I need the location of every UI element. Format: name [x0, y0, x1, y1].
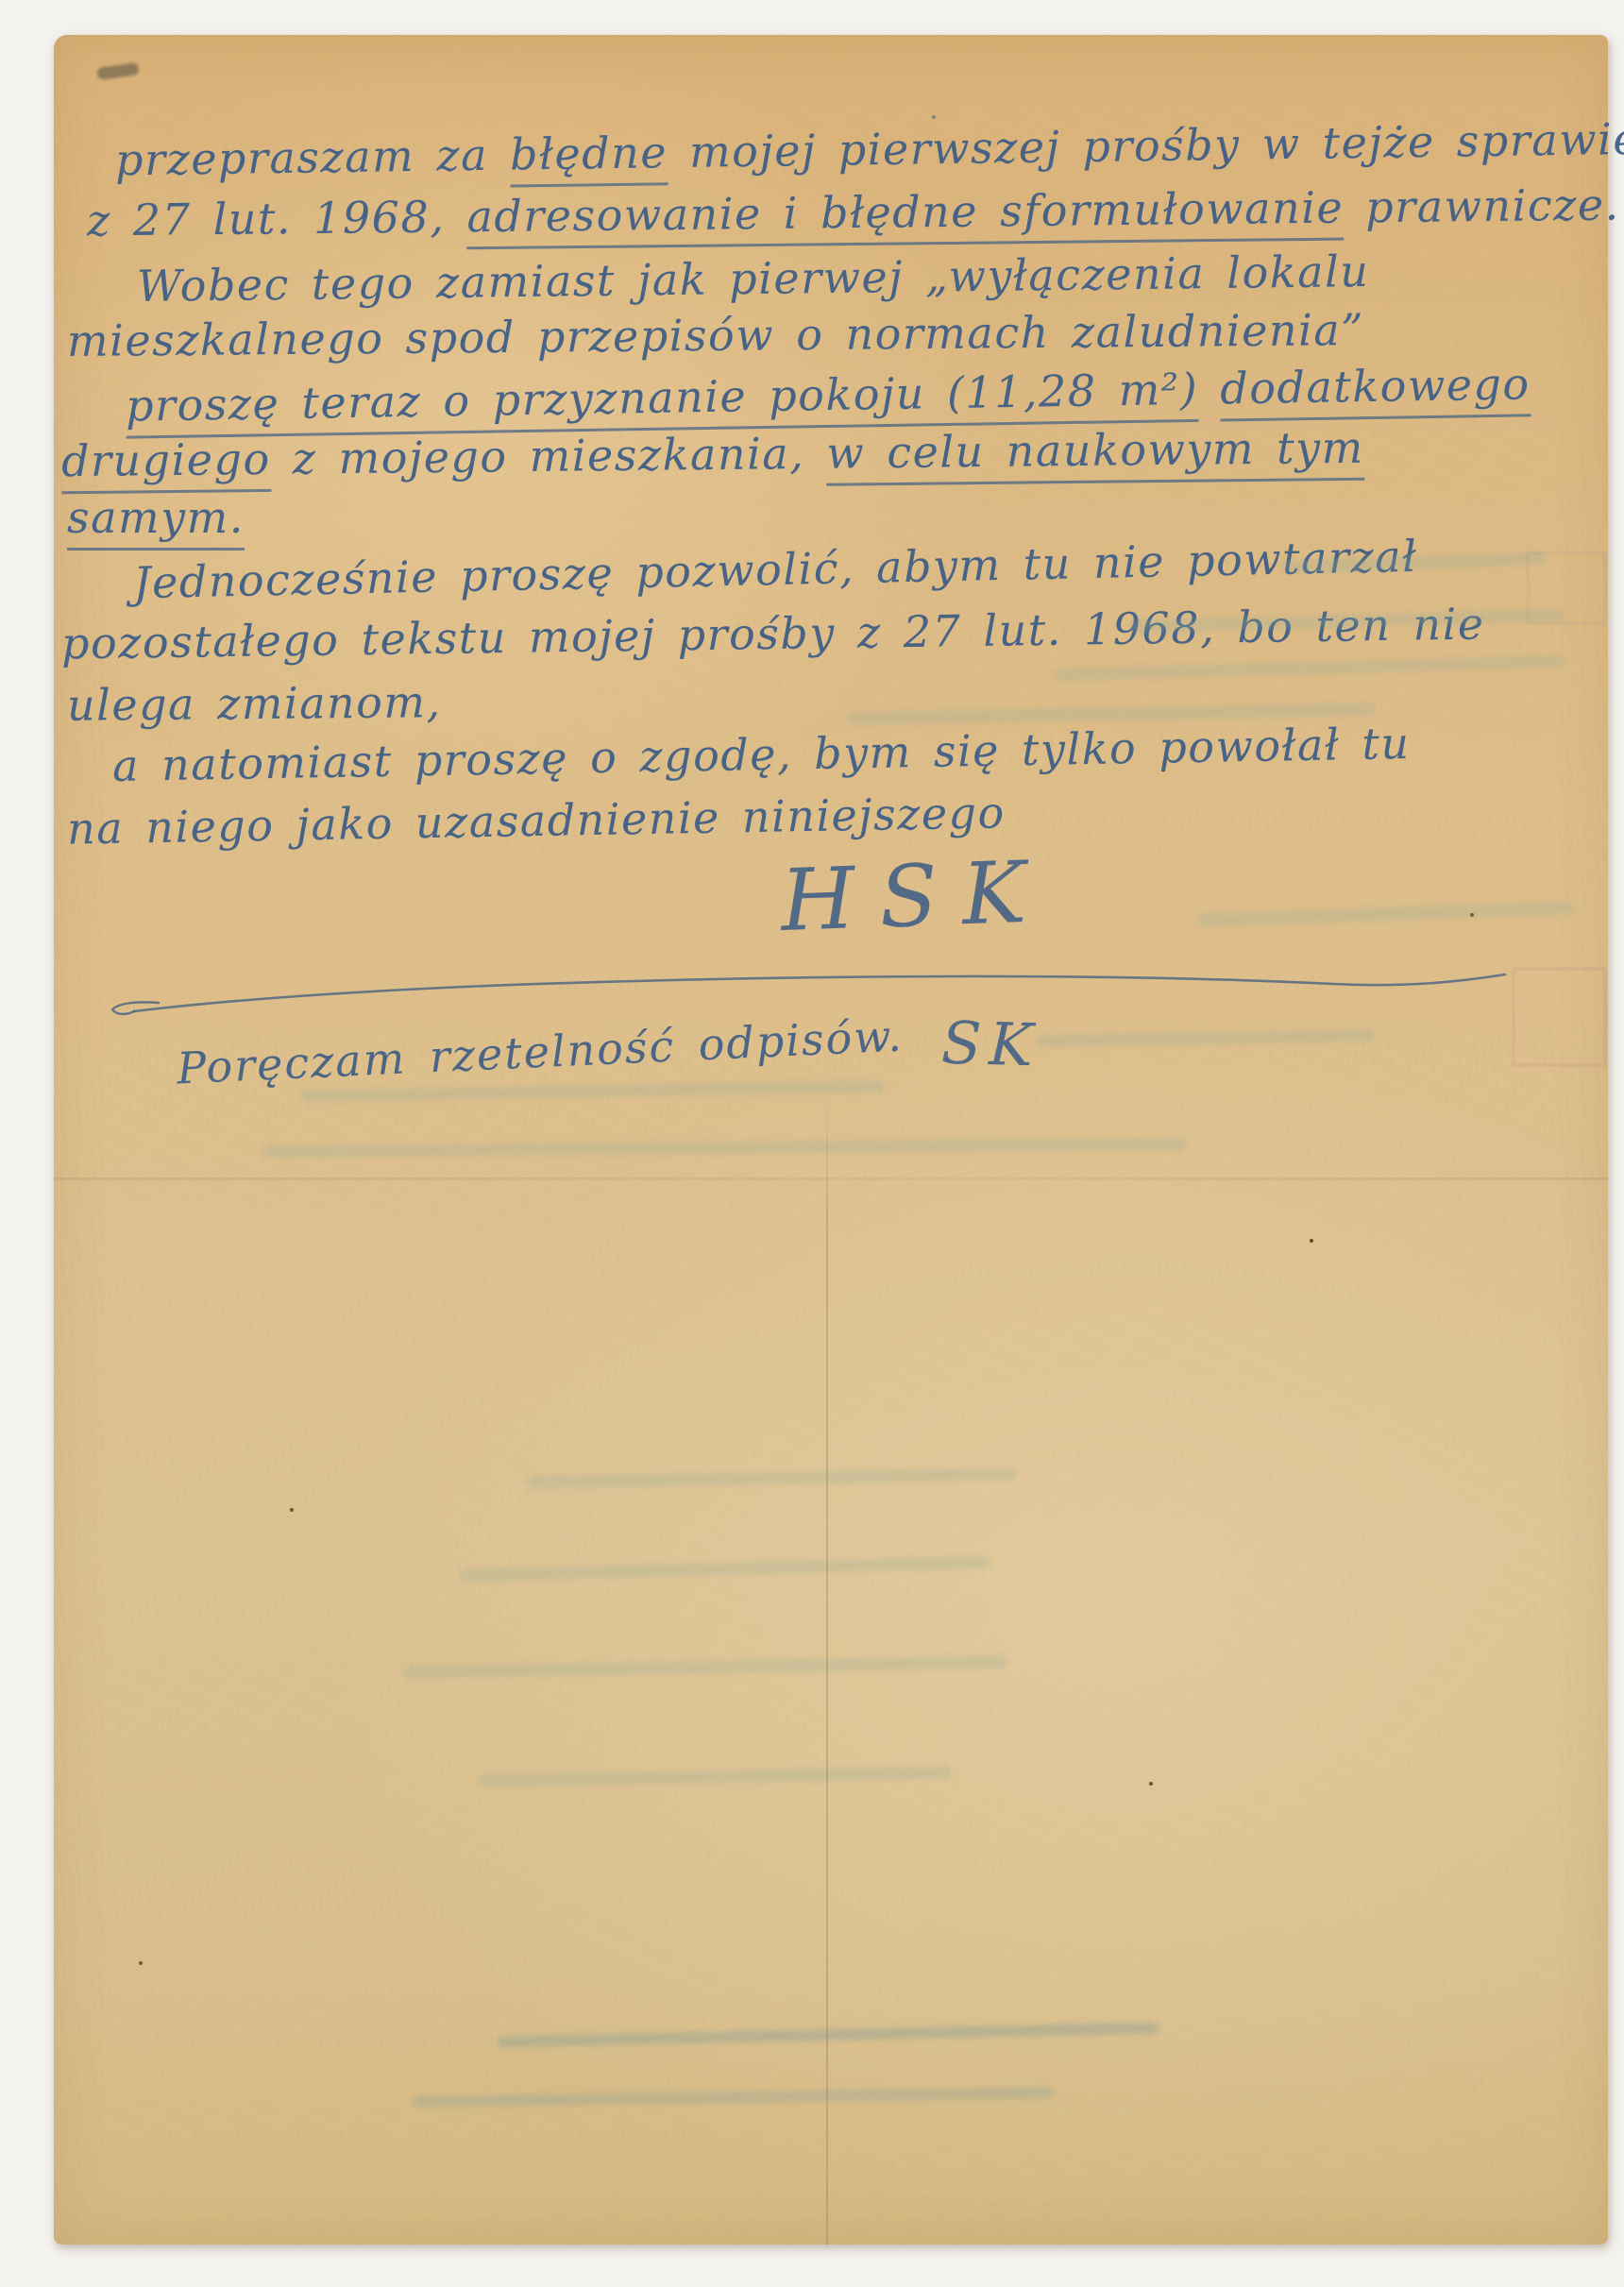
vertical-fold-crease — [826, 1093, 828, 2245]
line-text-segment: Wobec tego zamiast jak pierwej „wyłączen… — [137, 246, 1370, 312]
horizontal-fold-crease — [54, 1177, 1608, 1180]
line-text-segment: Jednocześnie proszę pozwolić, abym tu ni… — [133, 531, 1418, 608]
ink-bleed-mark — [1055, 655, 1565, 681]
underlined-segment: błędne — [510, 127, 668, 187]
handwritten-line-1: przepraszam za błędne mojej pierwszej pr… — [115, 114, 1624, 186]
ink-bleed-mark — [479, 1767, 951, 1787]
ink-bleed-mark — [262, 1138, 1187, 1159]
underlined-segment: drugiego — [61, 433, 271, 494]
ink-bleed-mark — [498, 2023, 1159, 2048]
line-text-segment: ulega zmianom, — [67, 676, 442, 730]
signature-initials: HSK — [780, 850, 1052, 944]
handwritten-line-7: samym. — [67, 493, 245, 543]
handwritten-line-5: proszę teraz o przyznanie pokoju (11,28 … — [126, 359, 1531, 431]
ink-bleed-mark — [403, 1655, 1007, 1678]
line-text-segment — [1198, 363, 1221, 414]
handwritten-line-11: a natomiast proszę o zgodę, bym się tylk… — [112, 719, 1411, 791]
handwritten-line-12: na niego jako uzasadnienie niniejszego — [67, 788, 1007, 854]
line-text-segment: a natomiast proszę o zgodę, bym się tylk… — [112, 718, 1411, 791]
underlined-segment: dodatkowego — [1220, 358, 1531, 421]
handwritten-line-2: z 27 lut. 1968, adresowanie i błędne sfo… — [87, 180, 1620, 246]
attestation-initials: SK — [940, 1014, 1040, 1076]
pencil-smudge — [96, 62, 139, 80]
underlined-segment: adresowanie i błędne sformułowanie — [466, 182, 1344, 250]
paper-speck — [1310, 1239, 1313, 1243]
paper-speck — [932, 115, 936, 119]
line-text-segment: przepraszam za — [115, 129, 511, 186]
underlined-segment: w celu naukowym tym — [826, 422, 1364, 486]
stamp-bleed-outline — [1527, 552, 1606, 624]
ink-bleed-mark — [460, 1556, 989, 1583]
handwritten-line-8: Jednocześnie proszę pozwolić, abym tu ni… — [133, 532, 1418, 608]
line-text-segment: pozostałego tekstu mojej prośby z 27 lut… — [61, 598, 1485, 669]
ink-bleed-mark — [526, 1467, 1017, 1488]
line-text-segment: mojej pierwszej prośby w tejże sprawie, — [668, 113, 1624, 178]
line-text-segment: prawnicze. — [1344, 179, 1620, 233]
paper-speck — [1470, 913, 1474, 917]
handwritten-line-3: Wobec tego zamiast jak pierwej „wyłączen… — [137, 246, 1370, 312]
paper-speck — [1149, 1782, 1153, 1786]
paper-speck — [139, 1961, 143, 1965]
stamp-bleed-outline — [1513, 968, 1606, 1066]
paper-sheet: przepraszam za błędne mojej pierwszej pr… — [54, 35, 1608, 2245]
handwritten-line-9: pozostałego tekstu mojej prośby z 27 lut… — [61, 599, 1485, 669]
scanned-document: przepraszam za błędne mojej pierwszej pr… — [0, 0, 1624, 2287]
ink-bleed-mark — [1196, 901, 1574, 927]
line-text-segment: z mojego mieszkania, — [270, 428, 826, 484]
underlined-segment: samym. — [67, 492, 245, 551]
paper-speck — [290, 1508, 294, 1512]
ink-bleed-mark — [413, 2087, 1055, 2107]
ink-bleed-mark — [1036, 1029, 1376, 1047]
line-text-segment: na niego jako uzasadnienie niniejszego — [67, 787, 1007, 854]
line-text-segment: z 27 lut. 1968, — [87, 191, 467, 246]
handwritten-line-10: ulega zmianom, — [67, 677, 442, 730]
handwritten-line-4: mieszkalnego spod przepisów o normach za… — [67, 305, 1365, 366]
line-text-segment: mieszkalnego spod przepisów o normach za… — [67, 304, 1365, 366]
